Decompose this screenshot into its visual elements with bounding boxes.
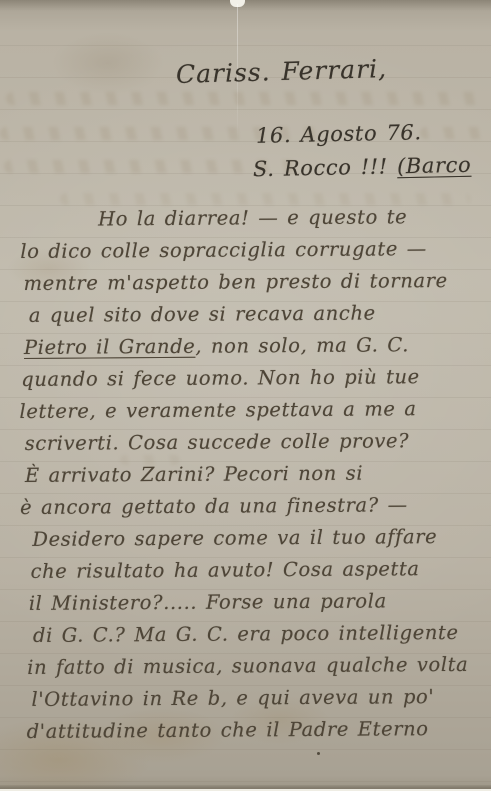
body-line: il Ministero?..... Forse una parola <box>21 585 489 620</box>
place-text: S. Rocco !!! <box>253 154 398 181</box>
body-line: è ancora gettato da una finestra? — <box>20 489 488 524</box>
body-line: È arrivato Zarini? Pecori non si <box>20 457 488 492</box>
paper-bottom-edge <box>0 785 491 791</box>
body-line: mentre m'aspetto ben presto di tornare <box>18 265 486 300</box>
underlined-text: Pietro il Grande <box>24 335 196 359</box>
body-line: che risultato ha avuto! Cosa aspetta <box>20 553 488 588</box>
letter-body: Ho la diarrea! — e questo telo dico coll… <box>18 201 490 748</box>
salutation: Cariss. Ferrari, <box>176 54 388 89</box>
body-line: l'Ottavino in Re b, e qui aveva un po' <box>21 681 489 716</box>
body-line: a quel sito dove si recava anche <box>19 297 487 332</box>
ink-bleedthrough <box>420 127 491 139</box>
ink-speck <box>317 752 320 755</box>
letter-scan: Cariss. Ferrari, 16. Agosto 76. S. Rocco… <box>0 0 491 791</box>
body-line: Ho la diarrea! — e questo te <box>18 201 486 236</box>
body-line: in fatto di musica, suonava qualche volt… <box>21 649 489 684</box>
place-line: S. Rocco !!! (Barco <box>253 153 472 182</box>
body-line: Pietro il Grande, non solo, ma G. C. <box>19 329 487 364</box>
body-line: Desidero sapere come va il tuo affare <box>20 521 488 556</box>
body-line: scriverti. Cosa succede colle prove? <box>20 425 488 460</box>
body-line: di G. C.? Ma G. C. era poco intelligente <box>21 617 489 652</box>
body-line: quando si fece uomo. Non ho più tue <box>19 361 487 396</box>
paper-top-edge <box>0 0 491 11</box>
ink-bleedthrough <box>6 92 484 105</box>
date-line: 16. Agosto 76. <box>256 120 422 147</box>
body-line: lettere, e veramente spettava a me a <box>19 393 487 428</box>
body-line: d'attitudine tanto che il Padre Eterno <box>22 713 490 748</box>
place-underlined-text: (Barco <box>397 153 472 179</box>
body-line: lo dico colle sopracciglia corrugate — <box>18 233 486 268</box>
